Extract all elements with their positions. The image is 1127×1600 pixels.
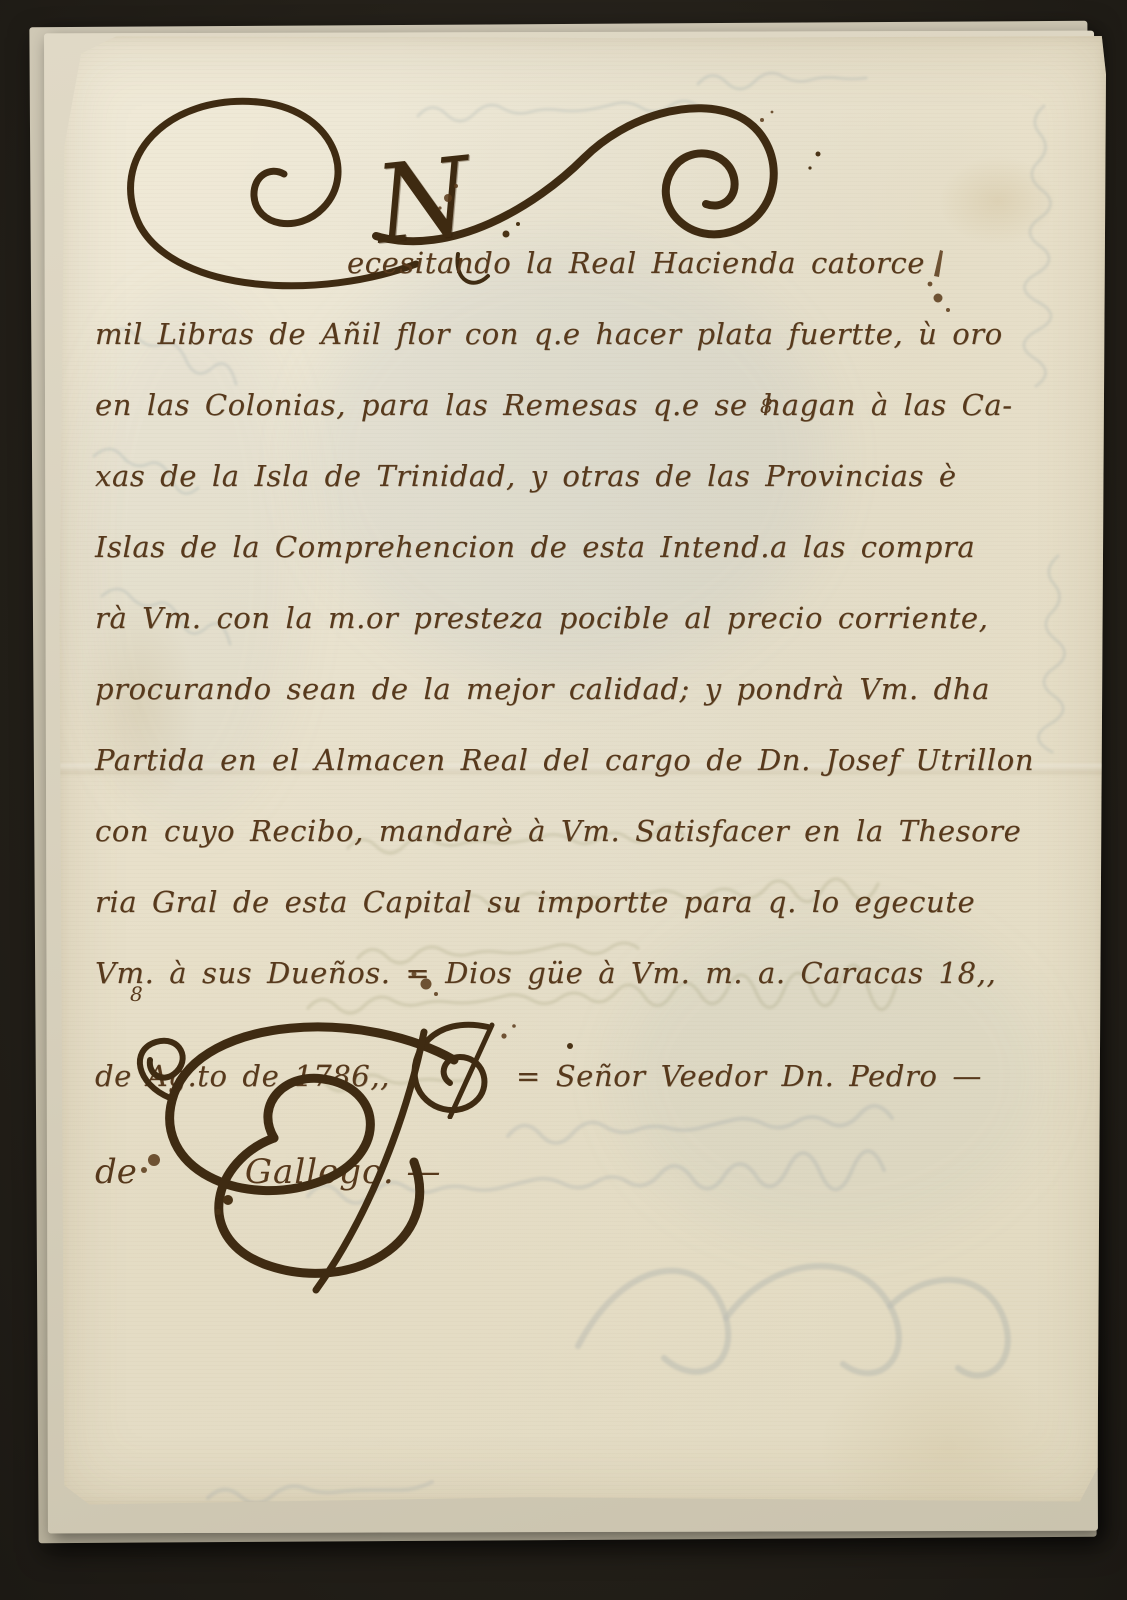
scan-stage: N ecesitando la Real Hacienda catorce mi… (0, 0, 1127, 1600)
manuscript-page: N ecesitando la Real Hacienda catorce mi… (58, 36, 1106, 1506)
ink-spatter (58, 36, 1106, 1506)
